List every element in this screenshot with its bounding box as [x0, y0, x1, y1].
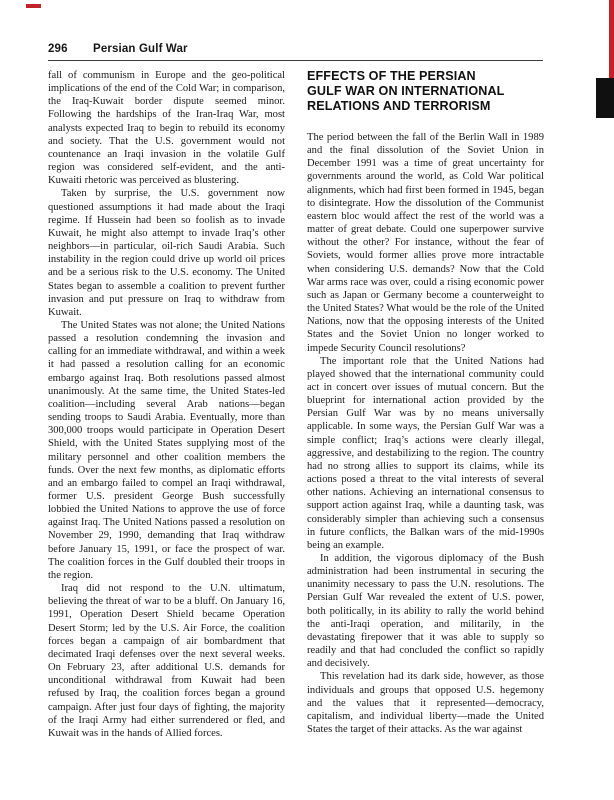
- body-paragraph: The important role that the United Natio…: [307, 355, 544, 552]
- right-column: EFFECTS OF THE PERSIAN GULF WAR ON INTER…: [307, 69, 544, 740]
- body-paragraph: Iraq did not respond to the U.N. ultimat…: [48, 582, 285, 740]
- running-header: 296 Persian Gulf War: [48, 43, 543, 55]
- body-paragraph: Taken by surprise, the U.S. government n…: [48, 187, 285, 319]
- body-paragraph: The United States was not alone; the Uni…: [48, 319, 285, 582]
- header-rule: [48, 60, 543, 61]
- body-paragraph: fall of communism in Europe and the geo-…: [48, 69, 285, 187]
- page-body: fall of communism in Europe and the geo-…: [48, 69, 544, 740]
- section-heading-line: EFFECTS OF THE PERSIAN: [307, 69, 544, 84]
- left-column: fall of communism in Europe and the geo-…: [48, 69, 285, 740]
- page-number: 296: [48, 43, 93, 55]
- page-edge-thumb-tab: [596, 78, 614, 118]
- page-edge-red-dash: [26, 4, 41, 8]
- running-header-title: Persian Gulf War: [93, 43, 188, 55]
- page-edge-red-bar: [609, 0, 614, 82]
- book-page: 296 Persian Gulf War fall of communism i…: [0, 0, 614, 800]
- body-paragraph: This revelation had its dark side, howev…: [307, 670, 544, 736]
- section-heading: EFFECTS OF THE PERSIAN GULF WAR ON INTER…: [307, 69, 544, 114]
- body-paragraph: The period between the fall of the Berli…: [307, 131, 544, 355]
- section-heading-line: RELATIONS AND TERRORISM: [307, 99, 544, 114]
- body-paragraph: In addition, the vigorous diplomacy of t…: [307, 552, 544, 670]
- section-heading-line: GULF WAR ON INTERNATIONAL: [307, 84, 544, 99]
